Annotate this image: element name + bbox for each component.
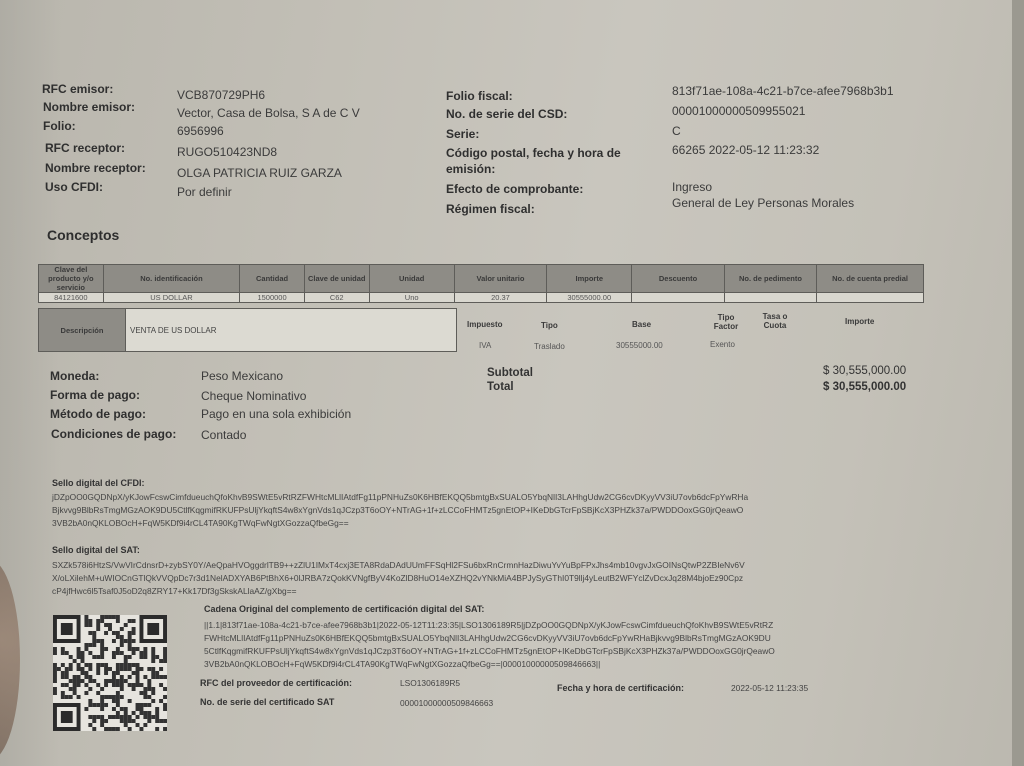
sello-sat-line: X/oLXilehM+uWIOCnGTlQkVVQpDc7r3d1NelADXY… <box>52 572 932 585</box>
sello-cfdi-text: jDZpOO0GQDNpX/yKJowFcswCimfdueuchQfoKhvB… <box>52 491 932 530</box>
sello-cfdi-line: Bjkvvg9BlbRsTmgMGzAOK9DU5CtlfKqgmifRKUFP… <box>52 504 932 517</box>
cadena-line: ||1.1|813f71ae-108a-4c21-b7ce-afee7968b3… <box>204 619 934 632</box>
table-cell <box>724 293 816 303</box>
subtotal-label: Subtotal <box>487 367 533 379</box>
column-header: Cantidad <box>240 265 305 293</box>
sello-cfdi-line: jDZpOO0GQDNpX/yKJowFcswCimfdueuchQfoKhvB… <box>52 491 932 504</box>
rfc-proveedor-value: LSO1306189R5 <box>400 677 460 690</box>
total-value: $ 30,555,000.00 <box>823 381 906 393</box>
tax-base-value: 30555000.00 <box>616 341 663 350</box>
rfc-emisor-value: VCB870729PH6 <box>177 88 265 102</box>
sello-sat-line: SXZk578i6HtzS/VwVIrCdnsrD+zybSY0Y/AeQpaH… <box>52 559 932 572</box>
folio-value: 6956996 <box>177 124 224 138</box>
cadena-line: 3VB2bA0nQKLOBOcH+FqW5KDf9i4rCL4TA90KgTWq… <box>204 658 934 671</box>
column-header: Importe <box>547 265 632 293</box>
subtotal-value: $ 30,555,000.00 <box>823 365 906 377</box>
cp-fecha-label-line2: emisión: <box>446 162 495 176</box>
column-header: Valor unitario <box>454 265 546 293</box>
table-cell: 1500000 <box>240 293 305 303</box>
serie-csd-value: 00001000000509955021 <box>672 104 805 118</box>
nombre-receptor-label: Nombre receptor: <box>45 161 146 175</box>
uso-cfdi-label: Uso CFDI: <box>45 180 103 194</box>
total-label: Total <box>487 381 514 393</box>
column-header: No. identificación <box>103 265 240 293</box>
column-header: Descuento <box>632 265 724 293</box>
tax-header-tipo: Tipo <box>541 321 558 330</box>
rfc-proveedor-label: RFC del proveedor de certificación: <box>200 678 352 688</box>
serie-certificado-label: No. de serie del certificado SAT <box>200 697 334 707</box>
cadena-original-label: Cadena Original del complemento de certi… <box>204 604 484 614</box>
cadena-line: FWHtcMLlIAtdfFg11pPNHuZs0K6HBfEKQQ5bmtgB… <box>204 632 934 645</box>
sello-sat-label: Sello digital del SAT: <box>52 545 140 555</box>
serie-label: Serie: <box>446 127 479 141</box>
table-row: 84121600US DOLLAR1500000C62Uno20.3730555… <box>39 293 924 303</box>
table-cell <box>817 293 924 303</box>
cp-fecha-value: 66265 2022-05-12 11:23:32 <box>672 143 819 157</box>
forma-pago-label: Forma de pago: <box>50 388 140 402</box>
moneda-label: Moneda: <box>50 369 99 383</box>
column-header: Clave del producto y/o servicio <box>39 265 104 293</box>
table-cell: C62 <box>304 293 369 303</box>
table-cell: Uno <box>369 293 454 303</box>
serie-certificado-value: 00001000000509846663 <box>400 697 493 710</box>
descripcion-label: Descripción <box>39 309 126 351</box>
sello-sat-text: SXZk578i6HtzS/VwVIrCdnsrD+zybSY0Y/AeQpaH… <box>52 559 932 598</box>
rfc-receptor-label: RFC receptor: <box>45 141 125 155</box>
descripcion-value: VENTA DE US DOLLAR <box>126 309 456 351</box>
metodo-pago-label: Método de pago: <box>50 407 146 421</box>
rfc-emisor-label: RFC emisor: <box>42 82 113 96</box>
efecto-label: Efecto de comprobante: <box>446 182 583 196</box>
tax-header-impuesto: Impuesto <box>467 320 503 329</box>
tax-header-tasa-cuota: Tasa o Cuota <box>758 312 792 330</box>
column-header: Clave de unidad <box>304 265 369 293</box>
invoice-photo: RFC emisor: VCB870729PH6 Nombre emisor: … <box>0 0 1024 766</box>
sello-cfdi-line: 3VB2bA0nQKLOBOcH+FqW5KDf9i4rCL4TA90KgTWq… <box>52 517 932 530</box>
tax-impuesto-value: IVA <box>479 341 491 350</box>
cadena-line: 5CtlfKqgmifRKUFPsUljYkqftS4w8xYgnVds1qJC… <box>204 645 934 658</box>
table-cell: 84121600 <box>39 293 104 303</box>
condiciones-pago-value: Contado <box>201 428 246 442</box>
descripcion-box: Descripción VENTA DE US DOLLAR <box>38 308 457 352</box>
fecha-certificacion-label: Fecha y hora de certificación: <box>557 683 684 693</box>
table-cell: 30555000.00 <box>547 293 632 303</box>
cp-fecha-label-line1: Código postal, fecha y hora de <box>446 146 621 160</box>
tax-header-tipo-factor: Tipo Factor <box>707 313 745 331</box>
conceptos-heading: Conceptos <box>47 227 119 243</box>
column-header: No. de pedimento <box>724 265 816 293</box>
tax-header-base: Base <box>632 320 651 329</box>
folio-label: Folio: <box>43 119 76 133</box>
serie-value: C <box>672 124 681 138</box>
forma-pago-value: Cheque Nominativo <box>201 389 306 403</box>
table-cell <box>632 293 724 303</box>
conceptos-table: Clave del producto y/o servicioNo. ident… <box>38 264 924 303</box>
folio-fiscal-label: Folio fiscal: <box>446 89 513 103</box>
nombre-receptor-value: OLGA PATRICIA RUIZ GARZA <box>177 166 342 180</box>
regimen-value: General de Ley Personas Morales <box>672 196 854 210</box>
sello-cfdi-label: Sello digital del CFDI: <box>52 478 145 488</box>
serie-csd-label: No. de serie del CSD: <box>446 107 567 121</box>
folio-fiscal-value: 813f71ae-108a-4c21-b7ce-afee7968b3b1 <box>672 84 894 98</box>
fecha-certificacion-value: 2022-05-12 11:23:35 <box>731 682 808 695</box>
column-header: No. de cuenta predial <box>817 265 924 293</box>
moneda-value: Peso Mexicano <box>201 369 283 383</box>
regimen-label: Régimen fiscal: <box>446 202 535 216</box>
table-cell: 20.37 <box>454 293 546 303</box>
right-edge-shadow <box>1012 0 1024 766</box>
metodo-pago-value: Pago en una sola exhibición <box>201 407 351 421</box>
efecto-value: Ingreso <box>672 180 712 194</box>
table-cell: US DOLLAR <box>103 293 240 303</box>
uso-cfdi-value: Por definir <box>177 185 232 199</box>
qr-code-icon <box>53 615 167 731</box>
condiciones-pago-label: Condiciones de pago: <box>51 427 176 441</box>
nombre-emisor-value: Vector, Casa de Bolsa, S A de C V <box>177 106 360 120</box>
tax-factor-value: Exento <box>710 340 735 349</box>
sello-sat-line: cP4jfHwc6l5Tsaf0J5oD2q8ZRY17+Kk17Df3gSks… <box>52 585 932 598</box>
tax-tipo-value: Traslado <box>534 342 565 351</box>
tax-header-importe: Importe <box>845 317 874 326</box>
rfc-receptor-value: RUGO510423ND8 <box>177 145 277 159</box>
nombre-emisor-label: Nombre emisor: <box>43 100 135 114</box>
cadena-original-text: ||1.1|813f71ae-108a-4c21-b7ce-afee7968b3… <box>204 619 934 671</box>
column-header: Unidad <box>369 265 454 293</box>
